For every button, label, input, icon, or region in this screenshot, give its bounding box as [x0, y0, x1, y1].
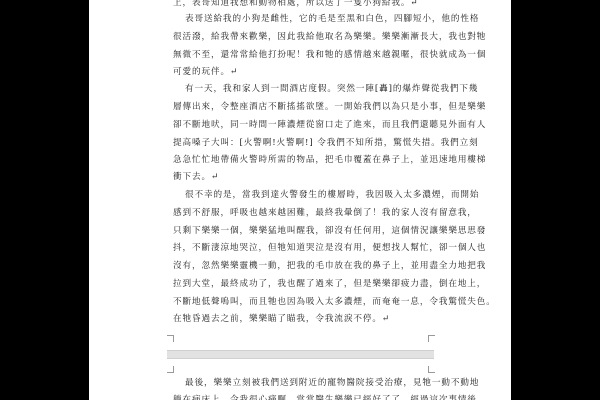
text-line: 卻不斷地吠，同一時間一陣濃煙從窗口走了進來，而且我們還聽見外面有人 [173, 120, 425, 130]
margin-corner-mark [428, 366, 435, 373]
text-line: 有一天，我和家人到一間酒店度假。突然一陣[轟]的爆炸聲從我們下幾 [185, 84, 437, 94]
text-line: 不斷地低聲嗚叫，而且牠也因為吸入太多濃煙，而奄奄一息，令我驚慌失色。 [173, 297, 425, 307]
margin-corner-mark [428, 335, 435, 342]
text-line: 躺在病床上，令我很心痛啊。當當醫生樂樂已經好了了，經過這次事情後， [173, 395, 425, 400]
text-line: 沒有，忽然樂樂靈機一動，把我的毛巾放在我的鼻子上，並用盡全力地把我 [173, 261, 425, 271]
text-line: 拉到大堂，最終成功了，我也醒了過來了，但是樂樂卻疲力盡，倒在地上， [173, 279, 425, 289]
text-line: 急急忙忙地帶備火警時所需的物品，把毛巾覆蓋在鼻子上，並迅速地用樓梯 [173, 155, 425, 165]
margin-corner-mark [167, 335, 174, 342]
margin-corner-mark [167, 366, 174, 373]
text-line: 提高嗓子大叫：[火警啊!火警啊!] 令我們不知所措，驚慌失措。我們立刻 [173, 138, 425, 148]
text-line: 最後，樂樂立刻被我們送到附近的寵物醫院接受治療，見牠一動不動地 [185, 378, 437, 388]
text-line: 上，表哥知道我想和動物相處，所以送了一隻小狗給我。↵ [173, 0, 425, 8]
document-page[interactable]: 上，表哥知道我想和動物相處，所以送了一隻小狗給我。↵表哥送給我的小狗是雌性，它的… [89, 0, 511, 400]
text-line: 在牠昏過去之前，樂樂瞄了瞄我，令我流淚不停。↵ [173, 314, 425, 324]
text-line: 無微不至，還常常給他打扮呢！我和牠的感情越來越親暱，很快就成為一個 [173, 50, 425, 60]
text-line: 很不幸的是，當我到達火警發生的樓層時，我因吸入太多濃煙，而開始 [185, 190, 437, 200]
page-break-gap [167, 350, 434, 359]
text-line: 很活潑，給我帶來歡樂，因此我給他取名為樂樂。樂樂漸漸長大，我也對牠 [173, 32, 425, 42]
text-line: 表哥送給我的小狗是雌性，它的毛是至黑和白色，四腳短小，他的性格 [185, 14, 437, 24]
text-line: 衝下去。↵ [173, 172, 425, 182]
text-line: 感到不舒服，呼吸也越來越困難，最終我暈倒了！我的家人沒有留意我， [173, 208, 425, 218]
text-line: 層傳出來，令整座酒店不斷搖搖欲墜。一開始我們以為只是小事，但是樂樂 [173, 102, 425, 112]
text-line: 只剩下樂樂一個，樂樂猛地叫醒我，卻沒有任何用，這個情況讓樂樂思思發 [173, 226, 425, 236]
text-line: 抖，不斷淒涼地哭泣，但牠知道哭泣是沒有用，便想找人幫忙，卻一個人也 [173, 243, 425, 253]
text-line: 可愛的玩伴。↵ [173, 67, 425, 77]
